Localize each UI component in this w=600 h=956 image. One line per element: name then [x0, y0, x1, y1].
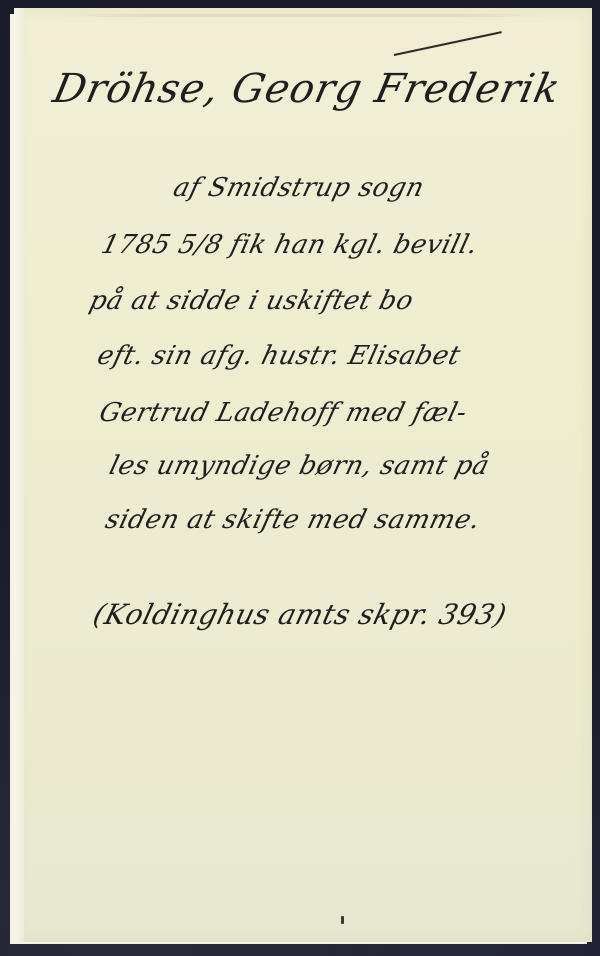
record-line-3: på at sidde i uskiftet bo	[86, 286, 416, 316]
archive-reference: (Koldinghus amts skpr. 393)	[90, 598, 510, 631]
record-line-parish: af Smidstrup sogn	[170, 173, 427, 203]
record-line-date: 1785 5/8 fik han kgl. bevill.	[98, 230, 481, 260]
index-card: Dröhse, Georg Frederik af Smidstrup sogn…	[14, 8, 592, 942]
record-line-7: siden at skifte med samme.	[102, 505, 483, 535]
paper-speck	[341, 916, 344, 924]
record-title: Dröhse, Georg Frederik	[49, 66, 565, 112]
record-line-4: eft. sin afg. hustr. Elisabet	[94, 341, 463, 371]
title-flourish-stroke	[394, 31, 502, 56]
record-line-5: Gertrud Ladehoff med fæl-	[96, 398, 470, 428]
record-line-6: les umyndige børn, samt på	[106, 451, 492, 481]
